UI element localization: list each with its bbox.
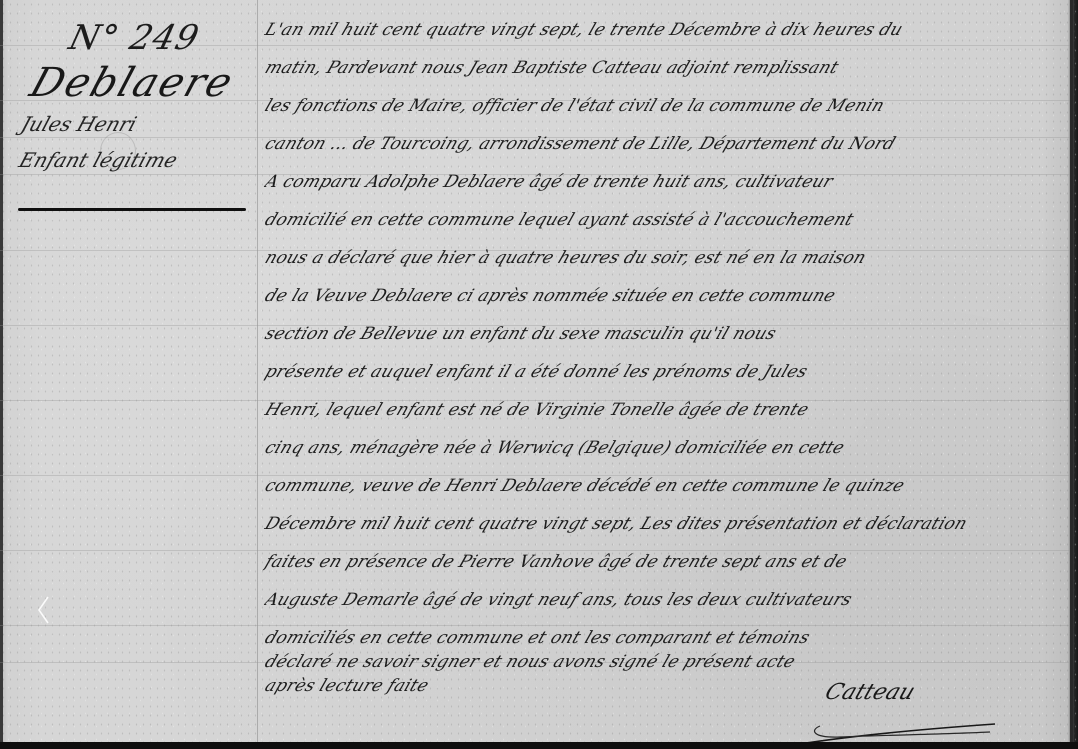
text-line: section de Bellevue un enfant du sexe ma… xyxy=(262,324,1069,344)
text-line: cinq ans, ménagère née à Werwicq (Belgiq… xyxy=(262,438,1069,458)
text-line: après lecture faite xyxy=(262,676,1069,696)
text-line: Décembre mil huit cent quatre vingt sept… xyxy=(262,514,1069,534)
text-line: matin, Pardevant nous Jean Baptiste Catt… xyxy=(262,58,1069,78)
page-binding-edge xyxy=(1070,0,1073,742)
register-page-scan: N° 249 Deblaere Jules Henri Enfant légit… xyxy=(0,0,1078,742)
text-line: commune, veuve de Henri Deblaere décédé … xyxy=(262,476,1069,496)
legitimacy-status: Enfant légitime xyxy=(16,148,181,172)
text-line: présente et auquel enfant il a été donné… xyxy=(262,362,1069,382)
text-line: Auguste Demarle âgé de vingt neuf ans, t… xyxy=(262,590,1069,610)
officer-signature: Catteau xyxy=(821,680,918,705)
text-line: L'an mil huit cent quatre vingt sept, le… xyxy=(262,20,1069,40)
viewer-bottom-bar xyxy=(0,742,1078,749)
signature-flourish xyxy=(790,710,1010,746)
text-line: Henri, lequel enfant est né de Virginie … xyxy=(262,400,1069,420)
text-line: domicilié en cette commune lequel ayant … xyxy=(262,210,1069,230)
text-line: domiciliés en cette commune et ont les c… xyxy=(262,628,1069,648)
text-line: nous a déclaré que hier à quatre heures … xyxy=(262,248,1069,268)
act-body-text: L'an mil huit cent quatre vingt sept, le… xyxy=(262,0,1062,742)
act-number: N° 249 xyxy=(65,18,203,58)
text-line: canton ... de Tourcoing, arrondissement … xyxy=(262,134,1069,154)
document-viewer: N° 249 Deblaere Jules Henri Enfant légit… xyxy=(0,0,1078,749)
text-line: faites en présence de Pierre Vanhove âgé… xyxy=(262,552,1069,572)
text-line: les fonctions de Maire, officier de l'ét… xyxy=(262,96,1069,116)
surname: Deblaere xyxy=(25,60,240,106)
text-line: A comparu Adolphe Deblaere âgé de trente… xyxy=(262,172,1069,192)
margin-separator-rule xyxy=(18,208,246,211)
text-line: de la Veuve Deblaere ci après nommée sit… xyxy=(262,286,1069,306)
margin-rule xyxy=(257,0,258,742)
previous-page-button[interactable] xyxy=(30,590,56,630)
text-line: déclaré ne savoir signer et nous avons s… xyxy=(262,652,1069,672)
margin-annotation: N° 249 Deblaere Jules Henri Enfant légit… xyxy=(0,0,257,742)
chevron-left-icon xyxy=(36,595,50,625)
